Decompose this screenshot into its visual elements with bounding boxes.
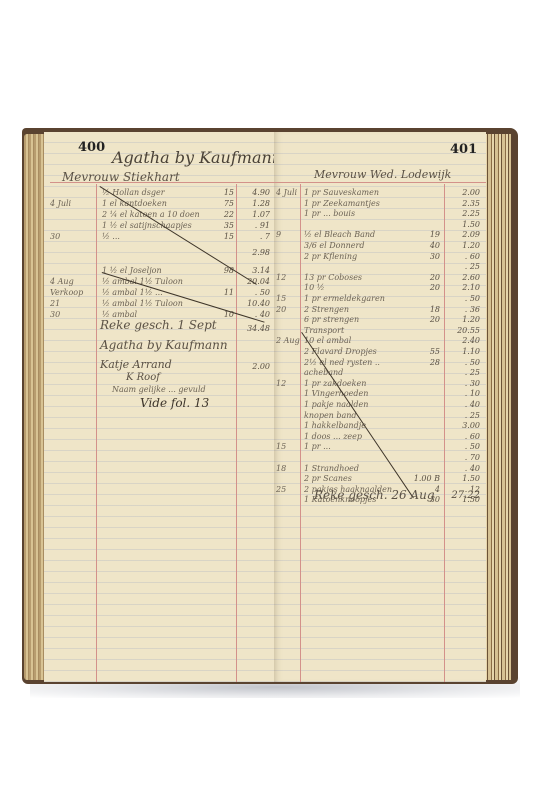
entry-amount: 2.25 [450, 209, 480, 218]
subtotal-amount: 2.98 [240, 248, 270, 257]
entry-amount: . 50 [450, 294, 480, 303]
entry-amount: . 25 [450, 262, 480, 271]
entry-amount: . 91 [240, 221, 270, 230]
amount-rule [236, 184, 237, 682]
entry-amount: . 30 [450, 379, 480, 388]
entry-amount: 1.28 [240, 199, 270, 208]
note-remark: Naam gelijke ... gevuld [112, 385, 206, 394]
entry-desc: ½ ambal 1½ Tuloon [102, 299, 183, 308]
entry-qty: 15 [204, 232, 234, 241]
entry-qty: 75 [204, 199, 234, 208]
entry-amount: . 50 [240, 288, 270, 297]
entry-qty: 35 [204, 221, 234, 230]
entry-desc: 1 Strandhoed [304, 464, 359, 473]
note-signature: K Roof [126, 372, 160, 383]
left-page: 400 Agatha by Kaufmann Mevrouw Stiekhart… [44, 132, 275, 682]
entry-amount: 2.00 [450, 188, 480, 197]
note-name: Katje Arrand [100, 358, 172, 371]
entry-date: 20 [276, 305, 286, 314]
entry-desc: 1 hakkelbandje [304, 421, 366, 430]
entry-amount: 3.00 [450, 421, 480, 430]
entry-amount: . 50 [450, 442, 480, 451]
entry-date: 4 Aug [50, 277, 74, 286]
total-amount: 27.22 [450, 490, 480, 501]
account-title: Agatha by Kaufmann [112, 148, 282, 167]
entry-amount: 1.07 [240, 210, 270, 219]
entry-amount: . 10 [450, 389, 480, 398]
entry-qty: 20 [410, 273, 440, 282]
entry-date: 9 [276, 230, 281, 239]
entry-desc: 2 pr Kflening [304, 252, 357, 261]
entry-amount: 2.35 [450, 199, 480, 208]
subtotal-amount: 34.48 [240, 324, 270, 333]
entry-desc: ½ ... [102, 232, 120, 241]
entry-desc: 1 pakje naalden [304, 400, 368, 409]
entry-qty: 40 [410, 241, 440, 250]
settlement-note: Reke gesch. 1 Sept [100, 318, 217, 332]
entry-date: 4 Juli [276, 188, 297, 197]
entry-date: 30 [50, 310, 60, 319]
entry-amount: . 60 [450, 252, 480, 261]
entry-amount: . 60 [450, 432, 480, 441]
page-edges-left [24, 134, 46, 680]
note-amount: 2.00 [240, 362, 270, 371]
entry-desc: 1 pr ... bouis [304, 209, 355, 218]
entry-desc: Transport [304, 326, 344, 335]
entry-desc: 1 ½ el Joseljon [102, 266, 162, 275]
entry-desc: 2 pr Scanes [304, 474, 352, 483]
entry-amount: 1.50 [450, 220, 480, 229]
page-edges-right [485, 134, 511, 680]
entry-date: 30 [50, 232, 60, 241]
entry-amount: . 40 [450, 400, 480, 409]
entry-qty: 1.00 B [410, 474, 440, 483]
entry-amount: 20.55 [450, 326, 480, 335]
settlement-note: Reke gesch. 26 Aug [314, 488, 435, 502]
entry-amount: 1.20 [450, 241, 480, 250]
entry-date: 12 [276, 273, 286, 282]
entry-desc: 2 Strengen [304, 305, 349, 314]
entry-qty: 28 [410, 358, 440, 367]
entry-amount: 2.10 [450, 283, 480, 292]
account-subtitle: Mevrouw Wed. Lodewijk [314, 168, 451, 181]
entry-desc: 10 el ambal [304, 336, 351, 345]
entry-amount: . 40 [450, 464, 480, 473]
entry-qty: 30 [410, 252, 440, 261]
entry-desc: 1 ½ el satijnschaapjes [102, 221, 192, 230]
entry-desc: knopen band [304, 411, 357, 420]
entry-amount: . 40 [240, 310, 270, 319]
entry-amount: 3.14 [240, 266, 270, 275]
page-number: 401 [450, 142, 477, 157]
entry-desc: acheband [304, 368, 343, 377]
entry-date: 2 Aug [276, 336, 300, 345]
entry-date: 4 Juli [50, 199, 71, 208]
entry-amount: 2.40 [450, 336, 480, 345]
margin-rule [300, 184, 301, 682]
header-rule [50, 182, 274, 183]
entry-desc: 1 doos ... zeep [304, 432, 362, 441]
header-rule [274, 182, 486, 183]
right-page: 401 Mevrouw Wed. Lodewijk 4 Juli1 pr Sau… [274, 132, 486, 682]
entry-desc: 1 Vingerhoeden [304, 389, 368, 398]
entry-date: 12 [276, 379, 286, 388]
entry-date: 18 [276, 464, 286, 473]
entry-qty: 55 [410, 347, 440, 356]
entry-amount: . 7 [240, 232, 270, 241]
entry-amount: 2.60 [450, 273, 480, 282]
entry-date: 15 [276, 442, 286, 451]
page-number: 400 [78, 140, 105, 155]
entry-amount: . 50 [450, 358, 480, 367]
entry-desc: 13 pr Coboses [304, 273, 362, 282]
entry-date: Verkoop [50, 288, 83, 297]
entry-desc: 6 pr strengen [304, 315, 359, 324]
entry-date: 21 [50, 299, 60, 308]
entry-qty: 20 [410, 315, 440, 324]
amount-rule [444, 184, 445, 682]
entry-desc: 10 ½ [304, 283, 324, 292]
entry-amount: . 36 [450, 305, 480, 314]
entry-desc: 2½ el ned rysten .. [304, 358, 380, 367]
entry-qty: 19 [410, 230, 440, 239]
entry-amount: 4.90 [240, 188, 270, 197]
entry-desc: ½ ambal 1½ ... [102, 288, 163, 297]
entry-qty: 18 [410, 305, 440, 314]
entry-amount: 10.40 [240, 299, 270, 308]
entry-amount: 2.09 [450, 230, 480, 239]
entry-desc: ½ el Bleach Band [304, 230, 375, 239]
entry-qty: 15 [204, 188, 234, 197]
entry-desc: 1 pr ermeldekgaren [304, 294, 385, 303]
entry-desc: 1 pr Zeekamantjes [304, 199, 380, 208]
entry-amount: . 25 [450, 411, 480, 420]
entry-amount: 1.20 [450, 315, 480, 324]
folio-reference: Vide fol. 13 [140, 396, 209, 410]
entry-amount: . 25 [450, 368, 480, 377]
note-name: Agatha by Kaufmann [100, 338, 228, 352]
entry-amount: 1.10 [450, 347, 480, 356]
entry-qty: 22 [204, 210, 234, 219]
entry-amount: 1.50 [450, 474, 480, 483]
entry-date: 15 [276, 294, 286, 303]
margin-rule [96, 184, 97, 682]
entry-amount: . 70 [450, 453, 480, 462]
entry-desc: 3/6 el Donnerd [304, 241, 364, 250]
entry-desc: 1 pr Sauveskamen [304, 188, 379, 197]
entry-date: 25 [276, 485, 286, 494]
entry-qty: 11 [204, 288, 234, 297]
entry-desc: 1 pr ... [304, 442, 331, 451]
entry-qty: 20 [410, 283, 440, 292]
